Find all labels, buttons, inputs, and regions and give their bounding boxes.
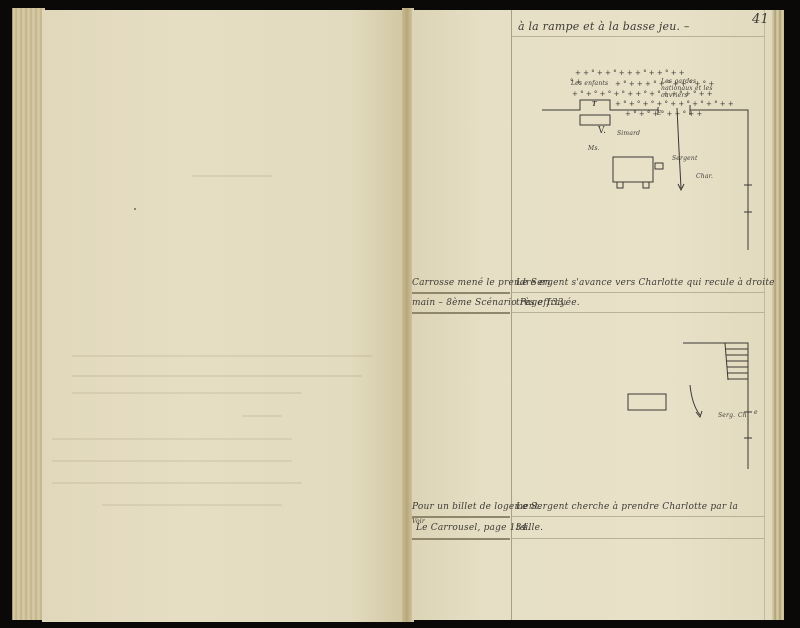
header-line: à la rampe et à la basse jeu. –	[518, 20, 690, 33]
right-page-edges	[772, 10, 784, 620]
bleed-through	[72, 375, 362, 377]
bleed-through	[52, 482, 302, 484]
ch-label: Ch.	[738, 412, 749, 419]
svg-text:+ + ° + + ° + + + ° + + ° + +: + + ° + + ° + + + ° + + ° + +	[575, 69, 685, 77]
ink-speck	[134, 208, 136, 210]
ruled-line	[512, 538, 764, 539]
bleed-through	[242, 415, 282, 417]
char-label: Char.	[696, 173, 713, 180]
left-page	[42, 10, 404, 622]
underline	[412, 312, 510, 314]
marker-e: E	[657, 110, 662, 117]
v-name-label: Simard	[617, 130, 640, 137]
page-number: 41	[752, 12, 769, 27]
ruled-line	[512, 292, 764, 293]
entry-2-margin-line-2: Le Carrousel, page 134.	[416, 523, 531, 533]
entry-2-text-line-1: Le Sergent cherche à prendre Charlotte p…	[516, 502, 738, 512]
entry-1-text-line-2: très effrayée.	[516, 298, 580, 308]
e-label: e	[754, 409, 758, 416]
stage-diagram-1: + + ° + + ° + + + ° + + ° + + ° + + ° + …	[530, 60, 770, 250]
marker-t: T	[592, 101, 597, 108]
ruled-line	[512, 36, 764, 37]
bleed-through	[52, 460, 292, 462]
underline	[412, 538, 510, 540]
bleed-through	[192, 175, 272, 177]
bleed-through	[52, 438, 292, 440]
crowd-right-label: Les gardes nationaux et les ouvriers	[661, 78, 721, 99]
serg-label: Serg.	[718, 412, 735, 419]
left-page-edges	[12, 8, 45, 620]
stage-diagram-2	[620, 335, 760, 475]
m-label: Ms.	[588, 145, 600, 152]
open-book: à la rampe et à la basse jeu. – 41 + + °…	[0, 0, 800, 628]
svg-text:+ ° + ° + ° + + ° + +: + ° + ° + ° + + ° + +	[625, 110, 702, 118]
bleed-through	[102, 504, 282, 506]
entry-2-text-line-2: taille.	[516, 523, 543, 533]
entry-1-text-line-1: Le Sergent s'avance vers Charlotte qui r…	[516, 278, 775, 288]
sergent-label: Sergent	[672, 155, 698, 162]
crowd-left-label: Les enfants	[571, 80, 608, 87]
bleed-through	[72, 355, 372, 357]
svg-text:+ ° + ° + ° + ° + + ° + ° + °: + ° + ° + ° + ° + + ° + ° + ° + +	[615, 100, 734, 108]
ruled-line	[512, 312, 764, 313]
ruled-line	[512, 516, 764, 517]
underline	[412, 516, 510, 518]
underline	[412, 292, 510, 294]
bleed-through	[72, 392, 302, 394]
v-label: V.	[598, 126, 606, 136]
